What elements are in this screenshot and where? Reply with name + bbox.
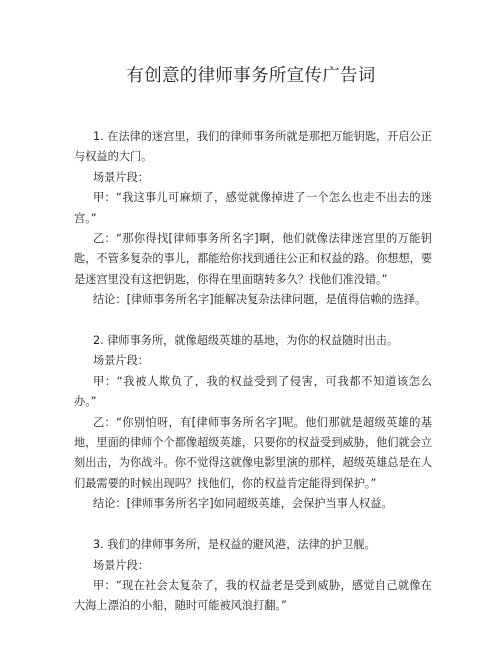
section-2-scene-label: 场景片段： bbox=[74, 351, 432, 371]
section-2-dialogue-b: 乙：“你别怕呀，有[律师事务所名字]呢。他们那就是超级英雄的基地，里面的律师个个… bbox=[74, 413, 432, 495]
section-spacer bbox=[74, 515, 432, 535]
document-body: 1. 在法律的迷宫里，我们的律师事务所就是那把万能钥匙，开启公正与权益的大门。 … bbox=[74, 127, 432, 617]
document-title: 有创意的律师事务所宣传广告词 bbox=[0, 62, 502, 87]
section-3-dialogue-a: 甲：“现在社会太复杂了，我的权益老是受到威胁，感觉自己就像在大海上漂泊的小船，随… bbox=[74, 576, 432, 617]
section-1-heading: 1. 在法律的迷宫里，我们的律师事务所就是那把万能钥匙，开启公正与权益的大门。 bbox=[74, 127, 432, 168]
section-1-dialogue-a: 甲：“我这事儿可麻烦了，感觉就像掉进了一个怎么也走不出去的迷宫。” bbox=[74, 188, 432, 229]
section-2-conclusion: 结论：[律师事务所名字]如同超级英雄，会保护当事人权益。 bbox=[74, 494, 432, 514]
document-page: 有创意的律师事务所宣传广告词 1. 在法律的迷宫里，我们的律师事务所就是那把万能… bbox=[0, 0, 502, 649]
section-1-scene-label: 场景片段： bbox=[74, 168, 432, 188]
section-1-conclusion: 结论：[律师事务所名字]能解决复杂法律问题，是值得信赖的选择。 bbox=[74, 290, 432, 310]
section-spacer bbox=[74, 311, 432, 331]
section-1-dialogue-b: 乙：“那你得找[律师事务所名字]啊，他们就像法律迷宫里的万能钥匙，不管多复杂的事… bbox=[74, 229, 432, 290]
section-3-heading: 3. 我们的律师事务所，是权益的避风港，法律的护卫舰。 bbox=[74, 535, 432, 555]
section-2-heading: 2. 律师事务所，就像超级英雄的基地，为你的权益随时出击。 bbox=[74, 331, 432, 351]
section-3-scene-label: 场景片段： bbox=[74, 556, 432, 576]
section-2-dialogue-a: 甲：“我被人欺负了，我的权益受到了侵害，可我都不知道该怎么办。” bbox=[74, 372, 432, 413]
